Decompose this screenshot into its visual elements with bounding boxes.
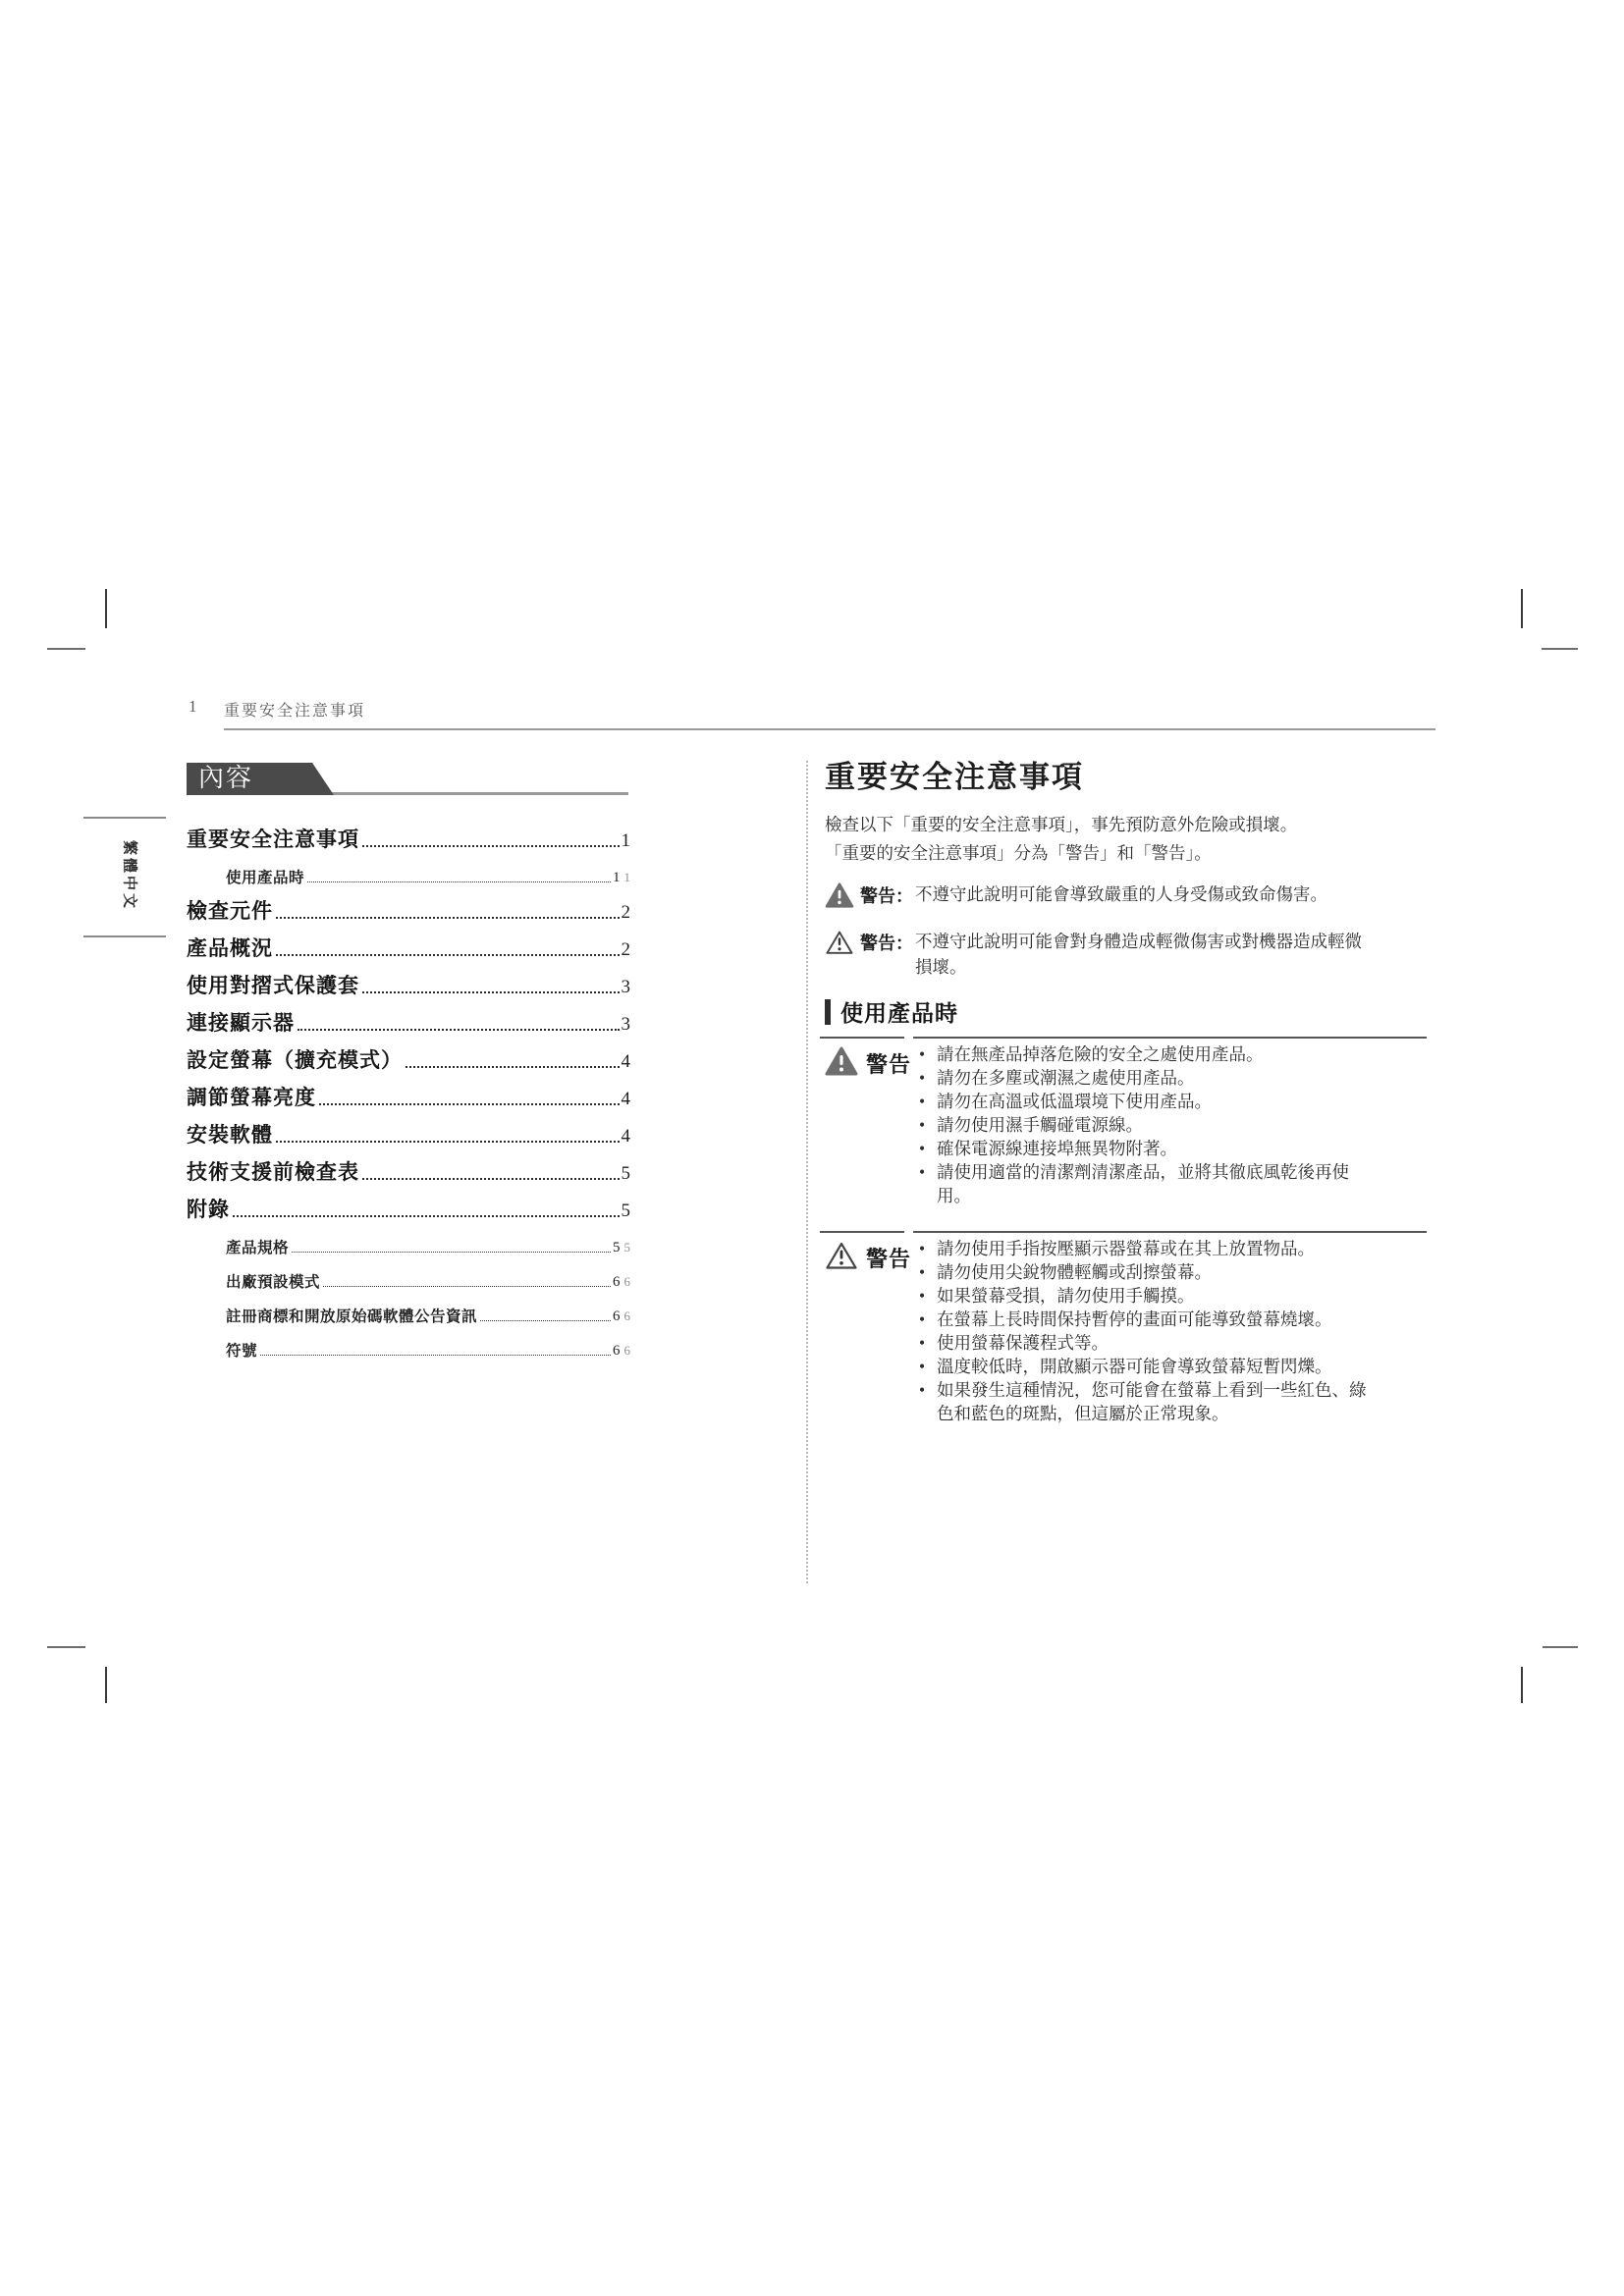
toc-item-label: 出廠預設模式 xyxy=(226,1270,320,1292)
toc-leader xyxy=(276,917,620,919)
warning-filled-icon xyxy=(825,882,854,913)
toc-item-label: 符號 xyxy=(226,1339,257,1361)
crop-mark-top-left-horizontal xyxy=(47,648,85,650)
toc-item-ghost-page: 6 xyxy=(624,1274,631,1290)
bullet-item: 在螢幕上長時間保持暫停的畫面可能導致螢幕燒壞。 xyxy=(915,1308,1369,1331)
toc-leader xyxy=(276,954,620,956)
toc-item-page: 3 xyxy=(622,977,631,998)
toc-item-label: 使用產品時 xyxy=(226,866,304,887)
crop-mark-bottom-right-vertical xyxy=(1521,1667,1523,1703)
toc-leader xyxy=(233,1215,620,1217)
toc-leader xyxy=(292,1252,611,1253)
header-rule xyxy=(224,728,1435,730)
toc-item: 設定螢幕（擴充模式）4 xyxy=(187,1037,630,1074)
bullet-item: 使用螢幕保護程式等。 xyxy=(915,1331,1369,1355)
toc-item-page: 5 xyxy=(622,1163,631,1185)
toc-item-label: 技術支援前檢查表 xyxy=(187,1156,359,1186)
toc-item: 符號66 xyxy=(187,1326,630,1361)
toc-item-page: 4 xyxy=(622,1126,631,1148)
language-tab-rule-top xyxy=(83,817,166,819)
intro-line: 「重要的安全注意事項」分為「警告」和「警告」。 xyxy=(825,839,1438,868)
toc-item-page: 4 xyxy=(622,1089,631,1110)
notice-label: 警告： xyxy=(860,930,913,955)
toc-item: 產品概況2 xyxy=(187,925,630,962)
warning-bullet-list: 請在無產品掉落危險的安全之處使用產品。 請勿在多塵或潮濕之處使用產品。 請勿在高… xyxy=(915,1042,1369,1207)
toc-item: 重要安全注意事項1 xyxy=(187,816,630,853)
warning-notice: 警告： 不遵守此說明可能會導致嚴重的人身受傷或致命傷害。 xyxy=(825,881,1438,913)
table-rule xyxy=(820,1037,904,1039)
language-tab-label: 繁體中文 xyxy=(121,840,141,911)
toc-item-page: 2 xyxy=(622,939,631,961)
toc-leader xyxy=(276,1141,620,1143)
table-rule xyxy=(913,1231,1427,1233)
toc-item-ghost-page: 1 xyxy=(624,870,631,885)
subsection-header: 使用產品時 xyxy=(825,995,958,1028)
warning-outline-icon xyxy=(825,930,854,960)
bullet-item: 請在無產品掉落危險的安全之處使用產品。 xyxy=(915,1042,1369,1066)
toc-header-title: 內容 xyxy=(187,763,334,794)
bullet-item: 確保電源線連接埠無異物附著。 xyxy=(915,1137,1369,1160)
toc-item-page: 1 xyxy=(622,830,631,852)
crop-mark-top-left-vertical xyxy=(105,589,107,628)
notice-list: 警告： 不遵守此說明可能會導致嚴重的人身受傷或致命傷害。 警告： 不遵守此說明可… xyxy=(825,881,1438,995)
toc-item-ghost-page: 5 xyxy=(624,1240,631,1255)
caution-notice: 警告： 不遵守此說明可能會對身體造成輕微傷害或對機器造成輕微損壞。 xyxy=(825,929,1438,980)
toc-leader xyxy=(319,1103,620,1105)
notice-text: 不遵守此說明可能會對身體造成輕微傷害或對機器造成輕微損壞。 xyxy=(915,929,1369,980)
row-label-text: 警告 xyxy=(866,1048,911,1079)
toc-item-page: 2 xyxy=(622,902,631,924)
toc-item: 檢查元件2 xyxy=(187,887,630,925)
table-row-label-warning: 警告 xyxy=(825,1046,911,1081)
toc-item: 安裝軟體4 xyxy=(187,1111,630,1148)
toc-item: 連接顯示器3 xyxy=(187,999,630,1037)
notice-label: 警告： xyxy=(860,882,913,908)
subsection-bar xyxy=(825,999,831,1025)
bullet-item: 請勿使用手指按壓顯示器螢幕或在其上放置物品。 xyxy=(915,1237,1369,1260)
bullet-item: 請使用適當的清潔劑清潔產品，並將其徹底風乾後再使用。 xyxy=(915,1160,1369,1207)
toc-item-label: 設定螢幕（擴充模式） xyxy=(187,1044,403,1074)
crop-mark-top-right-vertical xyxy=(1521,589,1523,628)
column-divider xyxy=(806,761,808,1583)
toc-leader xyxy=(362,845,620,847)
intro-paragraph: 檢查以下「重要的安全注意事項」，事先預防意外危險或損壞。 「重要的安全注意事項」… xyxy=(825,811,1438,868)
toc-item-label: 連接顯示器 xyxy=(187,1007,295,1037)
row-label-text: 警告 xyxy=(866,1243,911,1273)
bullet-item: 請勿在多塵或潮濕之處使用產品。 xyxy=(915,1066,1369,1090)
bullet-item: 如果發生這種情況，您可能會在螢幕上看到一些紅色、綠色和藍色的斑點，但這屬於正常現… xyxy=(915,1378,1369,1425)
manual-page: 1 重要安全注意事項 繁體中文 內容 重要安全注意事項1 使用產品時11 檢查元… xyxy=(0,0,1624,2296)
toc-item-page: 6 xyxy=(613,1274,621,1291)
toc-item: 附錄5 xyxy=(187,1186,630,1223)
toc-item-label: 使用對摺式保護套 xyxy=(187,970,359,999)
toc-item-label: 產品規格 xyxy=(226,1236,289,1257)
toc-leader xyxy=(480,1320,611,1321)
section-title: 重要安全注意事項 xyxy=(825,752,1084,796)
toc-item-label: 安裝軟體 xyxy=(187,1119,273,1148)
toc-header-box: 內容 xyxy=(187,763,334,795)
toc-item: 產品規格55 xyxy=(187,1223,630,1257)
bullet-item: 如果螢幕受損，請勿使用手觸摸。 xyxy=(915,1284,1369,1308)
toc-item: 出廠預設模式66 xyxy=(187,1257,630,1292)
warning-outline-icon xyxy=(825,1241,858,1275)
table-rule xyxy=(820,1231,904,1233)
toc-item-label: 調節螢幕亮度 xyxy=(187,1082,316,1111)
toc-leader xyxy=(323,1286,611,1287)
toc-item-label: 註冊商標和開放原始碼軟體公告資訊 xyxy=(226,1305,477,1326)
toc-item: 使用產品時11 xyxy=(187,853,630,887)
toc-item-page: 6 xyxy=(613,1343,621,1360)
table-rule xyxy=(913,1037,1427,1039)
toc-item: 技術支援前檢查表5 xyxy=(187,1148,630,1186)
toc-item-page: 4 xyxy=(622,1051,631,1073)
toc-item-label: 附錄 xyxy=(187,1194,230,1223)
toc-leader xyxy=(260,1355,611,1356)
toc-item-ghost-page: 6 xyxy=(624,1343,631,1359)
toc-item: 調節螢幕亮度4 xyxy=(187,1074,630,1111)
bullet-item: 請勿使用尖銳物體輕觸或刮擦螢幕。 xyxy=(915,1260,1369,1284)
toc-list: 重要安全注意事項1 使用產品時11 檢查元件2 產品概況2 使用對摺式保護套3 … xyxy=(187,816,630,1361)
toc-leader xyxy=(307,881,611,882)
intro-line: 檢查以下「重要的安全注意事項」，事先預防意外危險或損壞。 xyxy=(825,811,1438,839)
running-header: 1 重要安全注意事項 xyxy=(187,697,1437,732)
toc-item-page: 5 xyxy=(613,1240,621,1256)
toc-item-ghost-page: 6 xyxy=(624,1308,631,1324)
notice-text: 不遵守此說明可能會導致嚴重的人身受傷或致命傷害。 xyxy=(915,881,1327,907)
crop-mark-bottom-right-horizontal xyxy=(1543,1646,1578,1648)
caution-bullet-list: 請勿使用手指按壓顯示器螢幕或在其上放置物品。 請勿使用尖銳物體輕觸或刮擦螢幕。 … xyxy=(915,1237,1369,1425)
table-row-label-caution: 警告 xyxy=(825,1241,911,1275)
toc-leader xyxy=(362,1178,620,1180)
toc-item-page: 6 xyxy=(613,1308,621,1325)
header-page-number: 1 xyxy=(189,697,197,717)
toc-leader xyxy=(406,1066,620,1068)
language-tab-rule-bottom xyxy=(83,935,166,937)
toc-item-label: 產品概況 xyxy=(187,933,273,962)
toc-leader xyxy=(298,1029,620,1031)
bullet-item: 溫度較低時，開啟顯示器可能會導致螢幕短暫閃爍。 xyxy=(915,1355,1369,1378)
toc-item-label: 重要安全注意事項 xyxy=(187,824,359,853)
toc-item: 註冊商標和開放原始碼軟體公告資訊66 xyxy=(187,1292,630,1326)
crop-mark-top-right-horizontal xyxy=(1542,648,1578,650)
toc-leader xyxy=(362,991,620,993)
warning-filled-icon xyxy=(825,1046,858,1081)
header-chapter-title: 重要安全注意事項 xyxy=(224,698,365,721)
toc-item-page: 3 xyxy=(622,1014,631,1036)
toc-item-label: 檢查元件 xyxy=(187,895,273,925)
toc-item: 使用對摺式保護套3 xyxy=(187,962,630,999)
bullet-item: 請勿使用濕手觸碰電源線。 xyxy=(915,1113,1369,1137)
bullet-item: 請勿在高溫或低溫環境下使用產品。 xyxy=(915,1090,1369,1113)
toc-item-page: 5 xyxy=(622,1201,631,1222)
subsection-title: 使用產品時 xyxy=(840,995,958,1028)
crop-mark-bottom-left-vertical xyxy=(105,1667,107,1703)
toc-item-page: 1 xyxy=(613,870,621,886)
crop-mark-bottom-left-horizontal xyxy=(47,1646,85,1648)
